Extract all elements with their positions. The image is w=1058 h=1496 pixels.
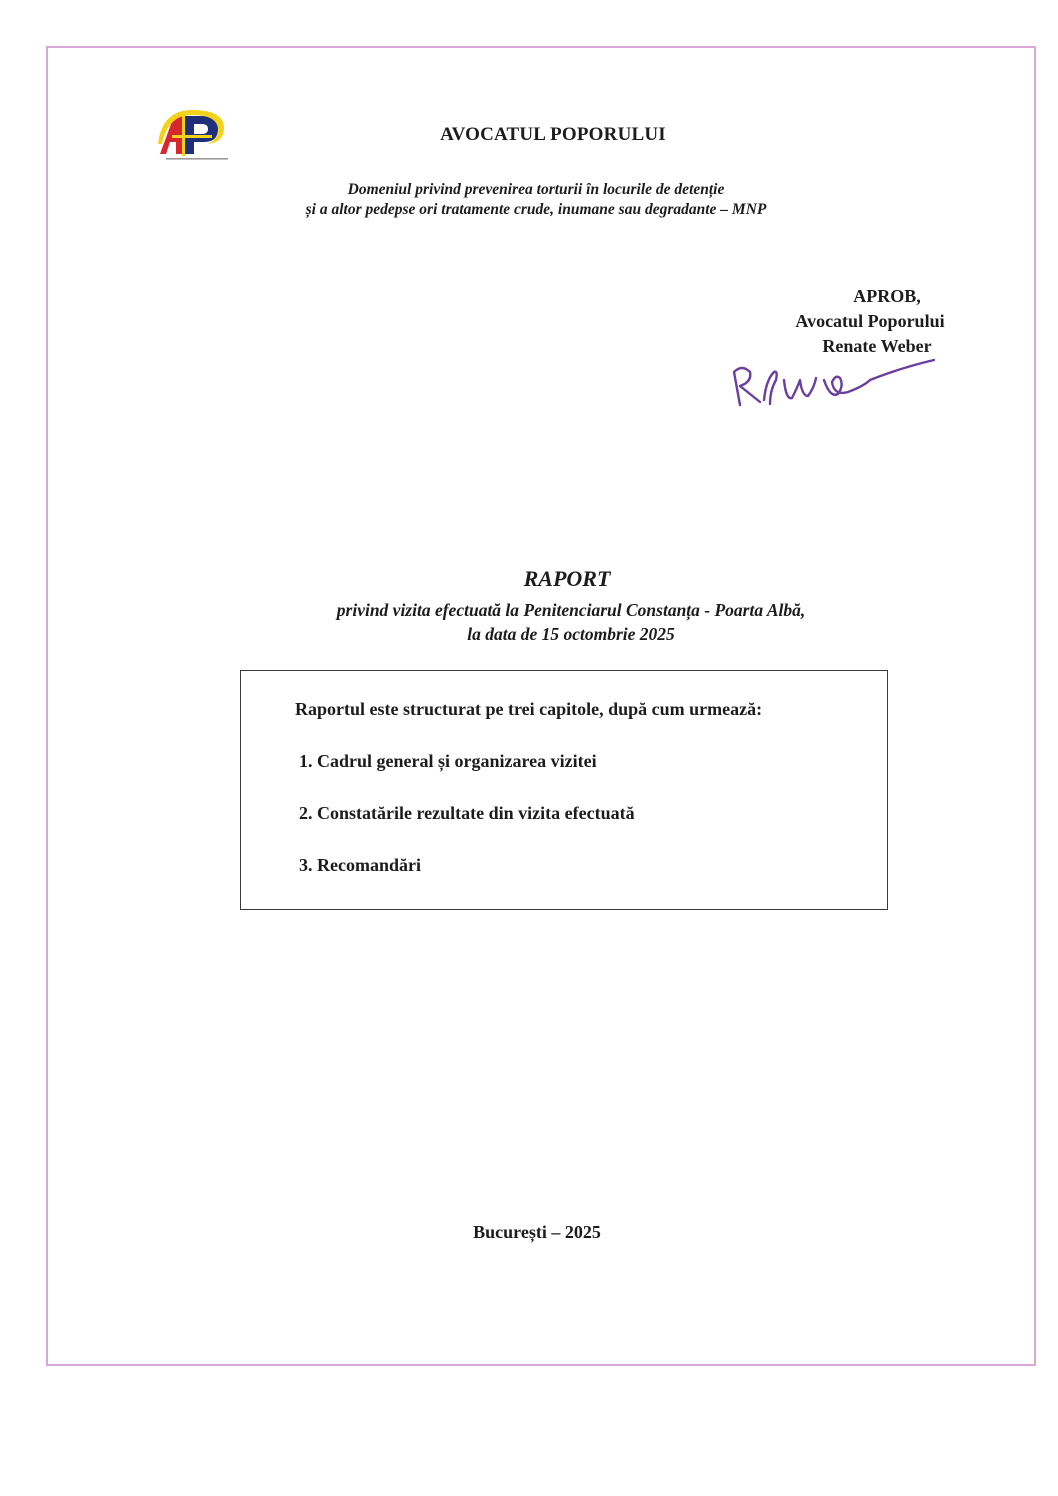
institution-title: AVOCATUL POPORULUI — [0, 124, 1058, 146]
approval-block: APROB, Avocatul Poporului Renate Weber — [760, 284, 980, 359]
domain-subtitle: Domeniul privind prevenirea torturii în … — [0, 180, 1058, 220]
domain-line-1: Domeniul privind prevenirea torturii în … — [14, 180, 1058, 200]
domain-line-2: și a altor pedepse ori tratamente crude,… — [14, 200, 1058, 220]
signature-icon — [720, 350, 940, 420]
contents-item: 2. Constatările rezultate din vizita efe… — [299, 803, 635, 824]
report-subtitle-line-1: privind vizita efectuată la Penitenciaru… — [84, 598, 1058, 622]
approval-label: APROB, — [760, 284, 980, 309]
approval-role: Avocatul Poporului — [760, 309, 980, 334]
report-subtitle: privind vizita efectuată la Penitenciaru… — [0, 598, 1058, 646]
contents-item: 1. Cadrul general și organizarea vizitei — [299, 751, 597, 772]
contents-intro: Raportul este structurat pe trei capitol… — [295, 699, 762, 720]
place-and-year: București – 2025 — [0, 1222, 1058, 1243]
contents-box: Raportul este structurat pe trei capitol… — [240, 670, 888, 910]
report-subtitle-line-2: la data de 15 octombrie 2025 — [84, 622, 1058, 646]
report-title: RAPORT — [0, 566, 1058, 592]
contents-item: 3. Recomandări — [299, 855, 421, 876]
